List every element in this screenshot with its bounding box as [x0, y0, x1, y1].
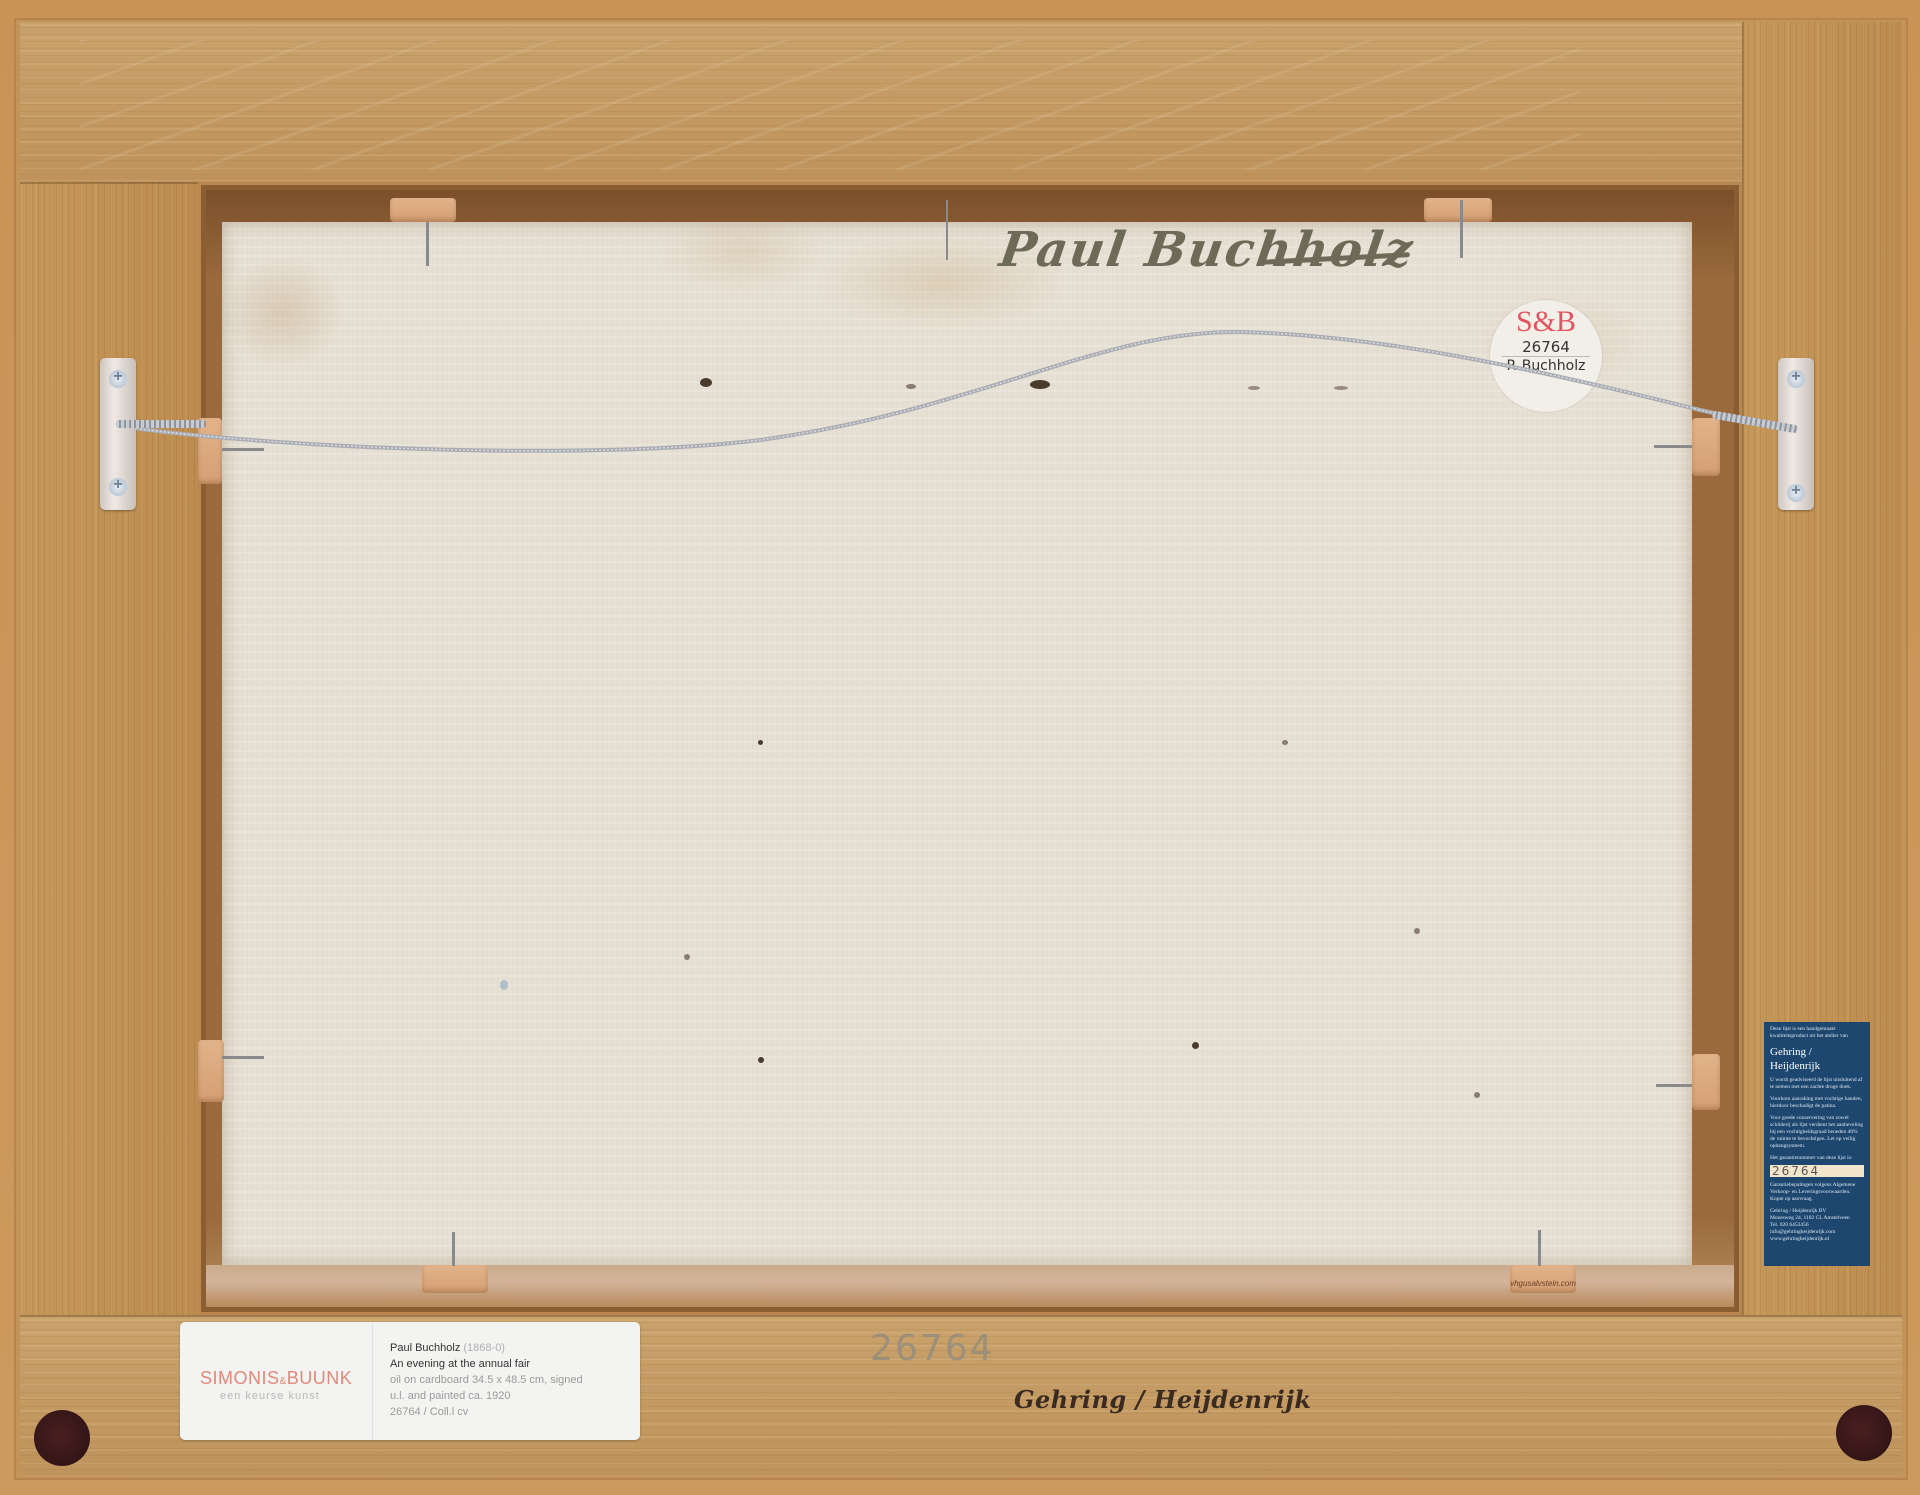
- artist-dates: (1868-0): [463, 1342, 505, 1354]
- company-phone: Tel. 020 6453456: [1770, 1222, 1864, 1229]
- company-name: Gehring / Heijdenrijk BV: [1770, 1208, 1864, 1215]
- care-instruction-3: Voor goede conservering van zowel schild…: [1770, 1115, 1864, 1150]
- artwork-medium: oil on cardboard 34.5 x 48.5 cm, signed: [390, 1372, 583, 1388]
- screw-icon: [109, 370, 127, 388]
- framemaker-stamp: Gehring / Heijdenrijk: [1014, 1385, 1312, 1414]
- artwork-title: An evening at the annual fair: [390, 1356, 583, 1372]
- screw-icon: [1787, 484, 1805, 502]
- hanger-bracket-left: [100, 358, 136, 510]
- felt-bumper-left: [34, 1410, 90, 1466]
- guarantee-label: Het garantienummer van deze lijst is:: [1770, 1155, 1864, 1162]
- artwork-date: u.l. and painted ca. 1920: [390, 1388, 583, 1404]
- pencil-inventory-number: 26764: [870, 1328, 995, 1369]
- care-instruction-2: Voorkom aanraking met vochtige handen, h…: [1770, 1096, 1864, 1110]
- framemaker-title: Gehring / Heijdenrijk: [1770, 1045, 1864, 1073]
- artist-name: Paul Buchholz: [390, 1342, 460, 1354]
- guarantee-terms: Garantiebepalingen volgens Algemene Verk…: [1770, 1182, 1864, 1203]
- framemaker-label: Deze lijst is een handgemaakt kwaliteits…: [1764, 1022, 1870, 1266]
- dealer-brand: SIMONIS&BUUNK: [200, 1368, 352, 1389]
- care-instruction-1: U wordt geadviseerd de lijst uitsluitend…: [1770, 1077, 1864, 1091]
- dealer-label: SIMONIS&BUUNK een keurse kunst Paul Buch…: [180, 1322, 640, 1440]
- artwork-inventory: 26764 / Coll.l cv: [390, 1404, 583, 1420]
- screw-icon: [109, 478, 127, 496]
- hanging-wire: [0, 0, 1920, 1495]
- felt-bumper-right: [1836, 1405, 1892, 1461]
- company-address: Mozesweg 24, 1182 CL Amstelveen: [1770, 1215, 1864, 1222]
- artwork-info: Paul Buchholz (1868-0) An evening at the…: [390, 1340, 583, 1420]
- company-email: info@gehringheijdenrijk.com: [1770, 1229, 1864, 1236]
- company-website: www.gehringheijdenrijk.nl: [1770, 1236, 1864, 1243]
- hanger-bracket-right: [1778, 358, 1814, 510]
- guarantee-number: 26764: [1770, 1165, 1864, 1177]
- framemaker-intro: Deze lijst is een handgemaakt kwaliteits…: [1770, 1026, 1864, 1040]
- wire-coil-left: [116, 420, 206, 428]
- dealer-tagline: een keurse kunst: [220, 1390, 320, 1402]
- label-divider: [372, 1322, 373, 1440]
- screw-icon: [1787, 370, 1805, 388]
